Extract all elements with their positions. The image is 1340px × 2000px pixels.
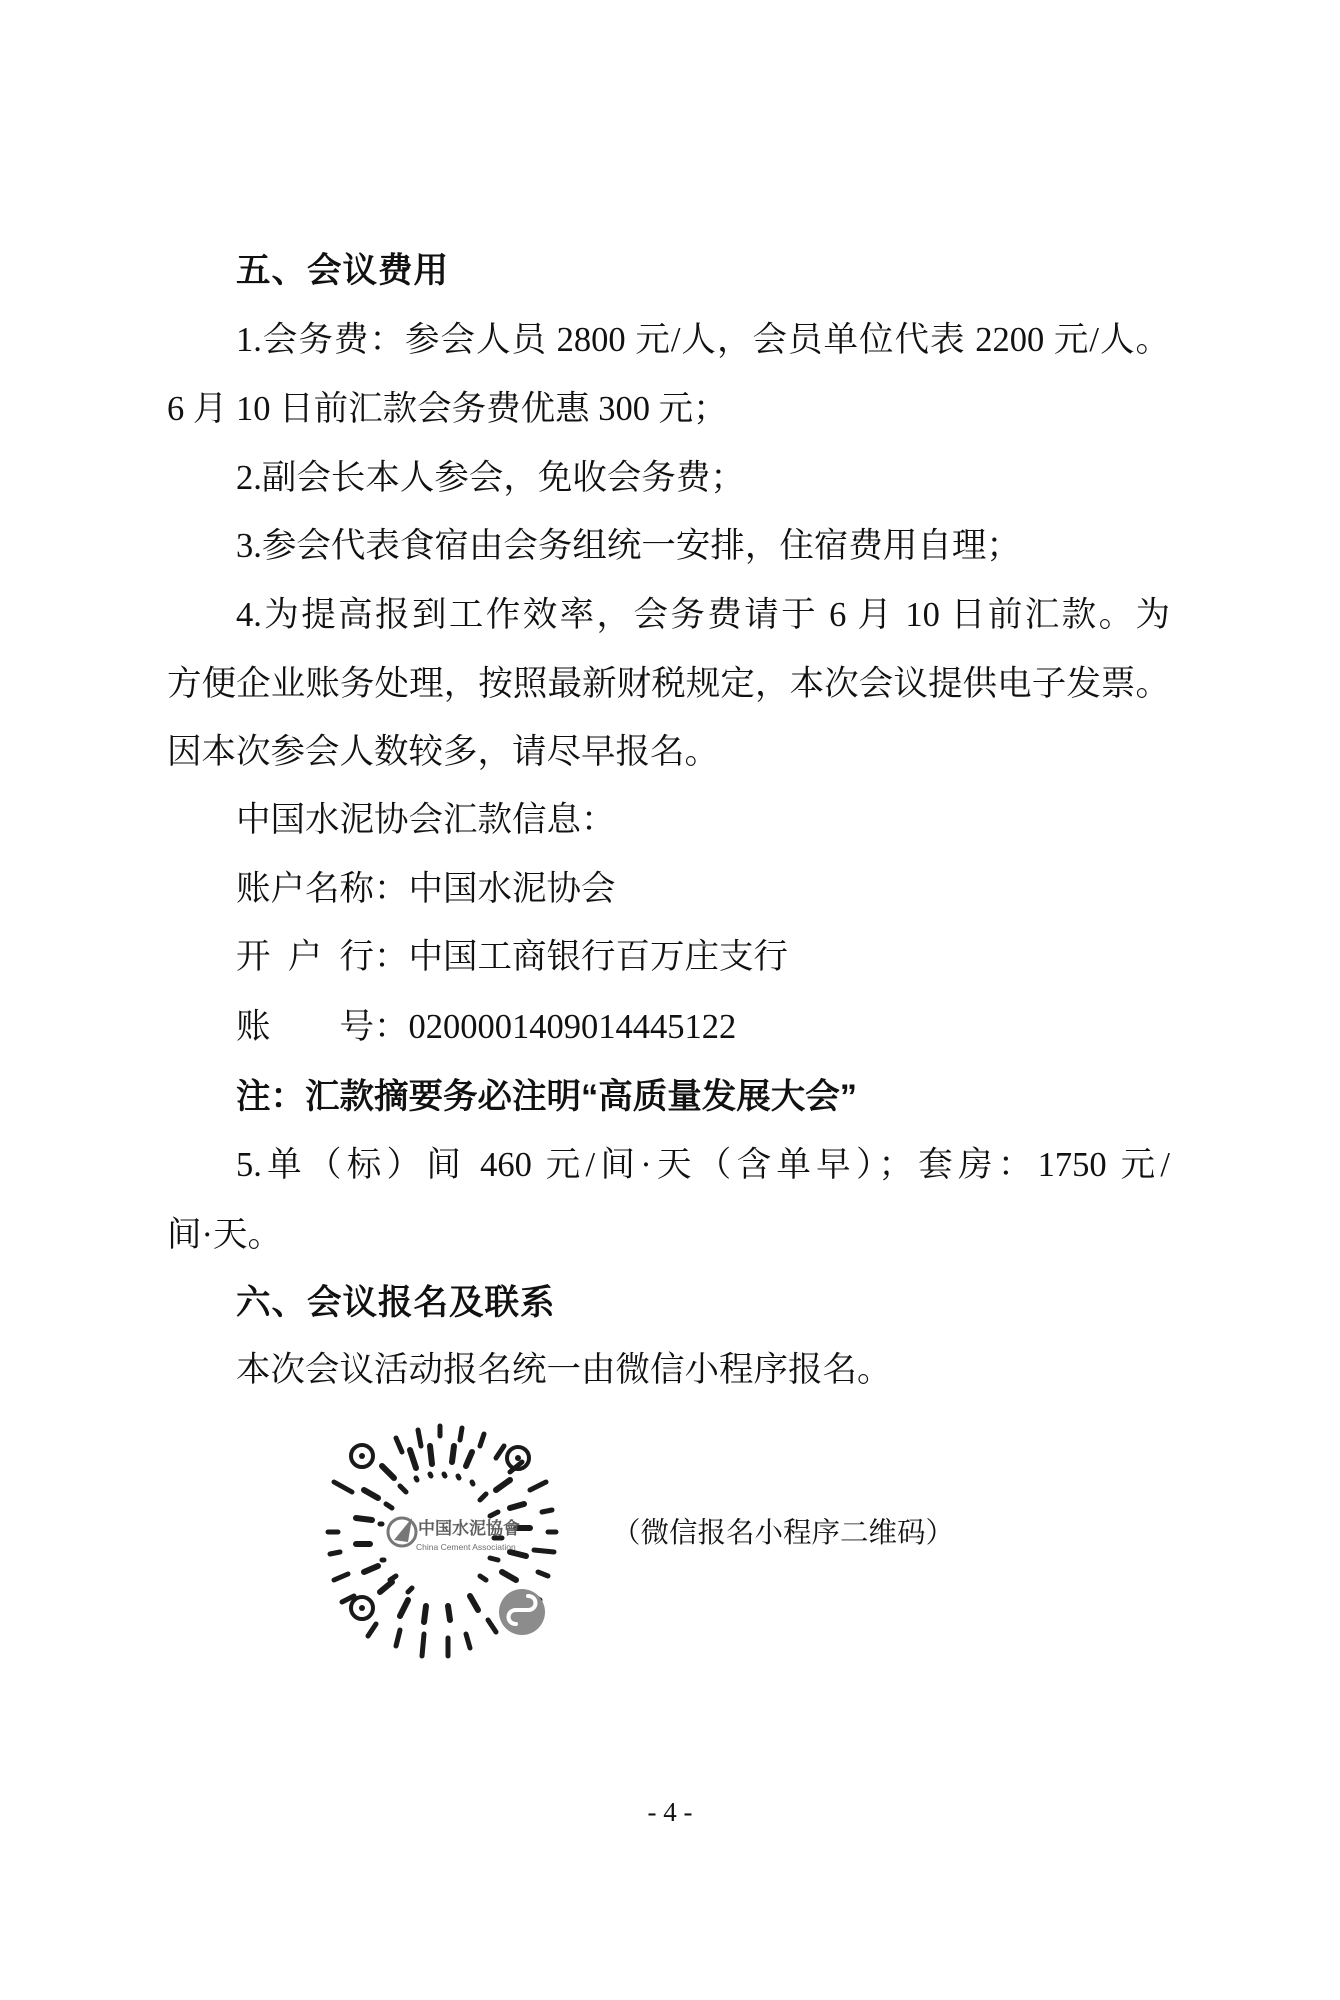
china-cement-association-logo: 中国水泥協會 China Cement Association	[388, 1518, 520, 1552]
fee-item-4-line-3: 因本次参会人数较多，请尽早报名。	[167, 727, 1170, 777]
fee-item-3: 3.参会代表食宿由会务组统一安排，住宿费用自理；	[167, 521, 1170, 571]
qr-code-caption: （微信报名小程序二维码）	[612, 1516, 954, 1552]
fee-item-5-line-2: 间·天。	[167, 1210, 1170, 1260]
section-heading-fees: 五、会议费用	[167, 246, 1170, 296]
remittance-account-name: 账户名称：中国水泥协会	[167, 864, 1170, 914]
remittance-account-number: 账号：0200001409014445122	[167, 1002, 1170, 1052]
remittance-bank: 开户行：中国工商银行百万庄支行	[167, 932, 1170, 982]
wechat-mini-program-qr-code: 中国水泥協會 China Cement Association	[320, 1420, 560, 1660]
qr-code-icon: 中国水泥協會 China Cement Association	[320, 1420, 560, 1660]
fee-item-5-line-1: 5.单（标）间 460 元/间·天（含单早）；套房：1750 元/	[167, 1140, 1170, 1190]
fee-item-1-line-1: 1.会务费：参会人员 2800 元/人，会员单位代表 2200 元/人。	[167, 315, 1170, 365]
svg-text:China Cement Association: China Cement Association	[416, 1542, 516, 1552]
document-page: 五、会议费用 1.会务费：参会人员 2800 元/人，会员单位代表 2200 元…	[0, 0, 1340, 2000]
account-number-label: 账号	[236, 1002, 374, 1052]
bank-label: 开户行	[236, 932, 374, 982]
registration-intro: 本次会议活动报名统一由微信小程序报名。	[167, 1345, 1170, 1395]
svg-text:中国水泥協會: 中国水泥協會	[418, 1518, 520, 1538]
fee-item-4-line-1: 4.为提高报到工作效率，会务费请于 6 月 10 日前汇款。为	[167, 590, 1170, 640]
account-name-value: ：中国水泥协会	[374, 870, 616, 908]
mini-program-badge	[499, 1589, 545, 1635]
fee-item-2: 2.副会长本人参会，免收会务费；	[167, 453, 1170, 503]
account-number-value: ：0200001409014445122	[374, 1008, 736, 1046]
fee-item-1-line-2: 6 月 10 日前汇款会务费优惠 300 元；	[167, 384, 1170, 434]
remittance-title: 中国水泥协会汇款信息：	[167, 795, 1170, 845]
remittance-note: 注：汇款摘要务必注明“高质量发展大会”	[167, 1072, 1170, 1122]
page-number: - 4 -	[0, 1796, 1340, 1828]
section-heading-registration: 六、会议报名及联系	[167, 1278, 1170, 1328]
fee-item-4-line-2: 方便企业账务处理，按照最新财税规定，本次会议提供电子发票。	[167, 659, 1170, 709]
account-name-label: 账户名称	[236, 864, 374, 914]
bank-value: ：中国工商银行百万庄支行	[374, 938, 788, 976]
